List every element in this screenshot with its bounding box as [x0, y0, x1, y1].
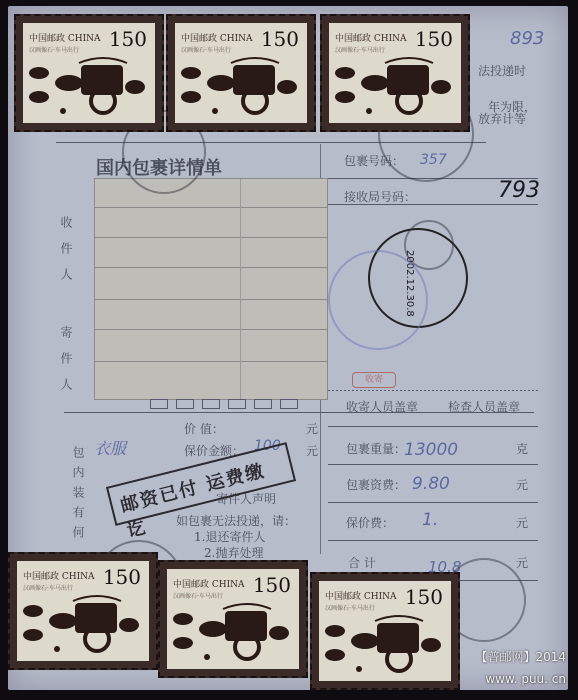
weight-label: 包裹重量： [346, 440, 406, 457]
stamp-country: 中国邮政 CHINA [23, 569, 95, 582]
postage-stamp: 中国邮政 CHINA汉画像石·车马出行150 [320, 14, 470, 132]
stamp-denomination: 150 [253, 573, 291, 597]
weight-value: 13000 [404, 440, 458, 460]
header-partial-3: 放弃计等 [478, 110, 526, 127]
stamp-denomination: 150 [103, 565, 141, 589]
postage-unit: 元 [516, 476, 528, 493]
watermark: 【普邮网】2014 www. puu. cn [475, 646, 566, 690]
stamp-face: 中国邮政 CHINA汉画像石·车马出行150 [175, 23, 307, 123]
divider [328, 464, 538, 465]
divider [328, 502, 538, 503]
stamp-country: 中国邮政 CHINA [335, 31, 407, 44]
stamp-denomination: 150 [109, 27, 147, 51]
postage-label: 包裹资费： [346, 476, 406, 493]
total-label: 合 计 [348, 554, 376, 571]
declaration-line-3: 2.抛弃处理 [204, 544, 263, 561]
divider [328, 204, 538, 205]
value-label: 价 值： [184, 420, 224, 437]
stamp-denomination: 150 [261, 27, 299, 51]
insurance-fee-label: 保价费： [346, 514, 394, 531]
watermark-line-2: www. puu. cn [475, 668, 566, 690]
insurance-fee-unit: 元 [516, 514, 528, 531]
postage-stamp: 中国邮政 CHINA汉画像石·车马出行150 [14, 14, 164, 132]
red-acceptance-chop: 收寄 [352, 372, 396, 388]
postmark-blue [328, 250, 428, 350]
dotted-divider [328, 390, 538, 391]
recipient-label: 收件人 [58, 216, 75, 294]
stamp-country: 中国邮政 CHINA [29, 31, 101, 44]
postage-stamp: 中国邮政 CHINA汉画像石·车马出行150 [310, 572, 460, 690]
stamp-face: 中国邮政 CHINA汉画像石·车马出行150 [17, 561, 149, 661]
stamp-country: 中国邮政 CHINA [325, 589, 397, 602]
stamp-denomination: 150 [415, 27, 453, 51]
total-unit: 元 [516, 554, 528, 571]
pasted-label [94, 178, 328, 400]
handwritten-top-number: 893 [510, 28, 544, 49]
inspector-seal-label: 检查人员盖章 [448, 398, 520, 415]
contents-label: 包内装有何 [70, 446, 87, 546]
value-unit: 元 [306, 420, 318, 437]
stamp-face: 中国邮政 CHINA汉画像石·车马出行150 [167, 569, 299, 669]
contents-note: 衣服 [94, 436, 126, 459]
postage-stamp: 中国邮政 CHINA汉画像石·车马出行150 [8, 552, 158, 670]
receiving-office-label: 接收局号码： [344, 188, 416, 205]
postage-value: 9.80 [412, 474, 450, 494]
divider [328, 540, 538, 541]
declaration-line-1: 如包裹无法投递，请： [176, 512, 296, 529]
stamp-face: 中国邮政 CHINA汉画像石·车马出行150 [319, 581, 451, 681]
weight-unit: 克 [516, 440, 528, 457]
acceptor-seal-label: 收寄人员盖章 [346, 398, 418, 415]
stamp-denomination: 150 [405, 585, 443, 609]
insurance-fee-value: 1. [422, 510, 438, 530]
stamp-country: 中国邮政 CHINA [173, 577, 245, 590]
postage-stamp: 中国邮政 CHINA汉画像石·车马出行150 [158, 560, 308, 678]
watermark-line-1: 【普邮网】2014 [475, 646, 566, 668]
stamp-country: 中国邮政 CHINA [181, 31, 253, 44]
insured-unit: 元 [306, 442, 318, 459]
receiving-office-value: 793 [498, 178, 540, 203]
postal-code-boxes [150, 394, 306, 413]
sender-label: 寄件人 [58, 326, 75, 404]
header-partial-1: 法投递时 [478, 62, 526, 79]
divider [328, 426, 538, 427]
stamp-face: 中国邮政 CHINA汉画像石·车马出行150 [23, 23, 155, 123]
stamp-face: 中国邮政 CHINA汉画像石·车马出行150 [329, 23, 461, 123]
postage-stamp: 中国邮政 CHINA汉画像石·车马出行150 [166, 14, 316, 132]
declaration-line-2: 1.退还寄件人 [194, 528, 265, 545]
